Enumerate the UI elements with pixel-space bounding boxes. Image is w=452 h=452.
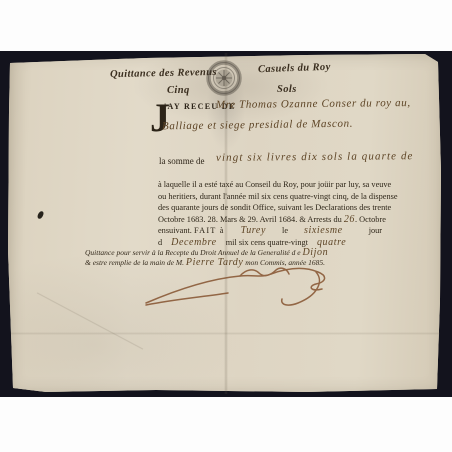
header-fee-right: Sols (277, 84, 297, 95)
line5-ensuivant: ensuivant. (158, 226, 192, 235)
line4-printed: Octobre 1683. 28. Mars & 29. Avril 1684.… (158, 215, 342, 224)
line6-printed: mil six cens quatre-vingt (226, 238, 308, 247)
line6-handwritten-month: Decembre (171, 237, 217, 248)
line4-printed-end: . Octobre (355, 215, 386, 224)
photo-of-document: { "colors": { "backdrop": "#13131d", "pa… (0, 0, 452, 452)
paragraph-line-4: Octobre 1683. 28. Mars & 29. Avril 1684.… (158, 214, 450, 226)
line5-handwritten-day: sixiesme (304, 225, 343, 236)
generalite-round-stamp-icon (205, 59, 243, 102)
line5-le: le (282, 226, 288, 235)
body-paragraph: à laquelle il a esté taxé au Conseil du … (158, 179, 450, 249)
paragraph-line-1: à laquelle il a esté taxé au Conseil du … (158, 179, 450, 191)
line5-handwritten-place: Turey (241, 225, 266, 236)
paragraph-line-3: des quarante jours de sondit Office, sui… (158, 202, 450, 214)
payer-handwritten-line1: Mre Thomas Ozanne Conser du roy au, (216, 97, 411, 111)
paragraph-line-5: ensuivant. FAIT àTureylesixiesmejour (158, 225, 450, 237)
header-fee-left: Cinq (167, 85, 190, 96)
footer1-handwritten-city: Dijon (302, 247, 328, 258)
signature-flourish-icon (140, 265, 350, 320)
paragraph-line-2: ou heritiers, durant l'année mil six cen… (158, 191, 450, 203)
horizontal-fold-crease (10, 332, 440, 335)
line5-fait-a: FAIT à (194, 226, 225, 235)
line4-handwritten-day: 26 (344, 214, 355, 225)
line5-jour: jour (369, 226, 382, 235)
header-title-left: Quittance des Revenus (110, 67, 217, 80)
sum-label: la somme de (159, 156, 205, 166)
sum-handwritten: vingt six livres dix sols la quarte de (216, 150, 414, 164)
line6-d: d (158, 238, 162, 247)
footer1-printed: Quittance pour servir à la Recepte du Dr… (85, 248, 301, 257)
